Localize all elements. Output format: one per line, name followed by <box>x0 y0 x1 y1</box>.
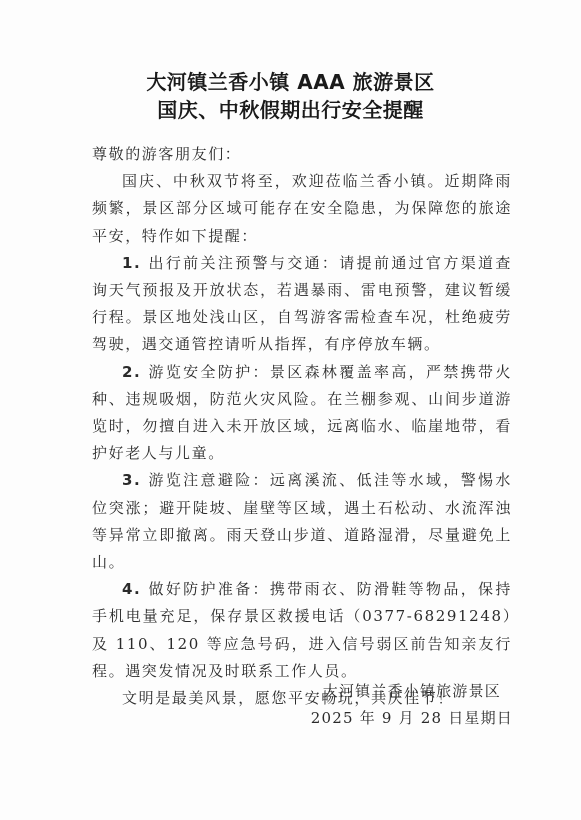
item-number: 3. <box>122 471 141 489</box>
signature-date: 2025 年 9 月 28 日星期日 <box>311 705 513 732</box>
item-text: 做好防护准备：携带雨衣、防滑鞋等物品，保持手机电量充足，保存景区救援电话（037… <box>92 580 512 680</box>
intro-paragraph: 国庆、中秋双节将至，欢迎莅临兰香小镇。近期降雨频繁，景区部分区域可能存在安全隐患… <box>92 168 512 250</box>
item-4: 4. 做好防护准备：携带雨衣、防滑鞋等物品，保持手机电量充足，保存景区救援电话（… <box>92 576 512 685</box>
item-number: 4. <box>122 580 141 598</box>
item-number: 1. <box>122 254 141 272</box>
item-text: 游览安全防护：景区森林覆盖率高，严禁携带火种、违规吸烟，防范火灾风险。在兰棚参观… <box>92 363 512 463</box>
notice-body: 尊敬的游客朋友们： 国庆、中秋双节将至，欢迎莅临兰香小镇。近期降雨频繁，景区部分… <box>92 141 512 712</box>
item-text: 游览注意避险：远离溪流、低洼等水域，警惕水位突涨；避开陡坡、崖壁等区域，遇土石松… <box>92 471 512 571</box>
item-2: 2. 游览安全防护：景区森林覆盖率高，严禁携带火种、违规吸烟，防范火灾风险。在兰… <box>92 359 512 468</box>
title-line-1: 大河镇兰香小镇 AAA 旅游景区 <box>0 66 581 95</box>
signature-block: 大河镇兰香小镇旅游景区 2025 年 9 月 28 日星期日 <box>311 678 513 732</box>
item-number: 2. <box>122 363 141 381</box>
item-1: 1. 出行前关注预警与交通：请提前通过官方渠道查询天气预报及开放状态，若遇暴雨、… <box>92 250 512 359</box>
item-text: 出行前关注预警与交通：请提前通过官方渠道查询天气预报及开放状态，若遇暴雨、雷电预… <box>92 254 512 354</box>
greeting: 尊敬的游客朋友们： <box>92 141 512 168</box>
notice-page: 大河镇兰香小镇 AAA 旅游景区 国庆、中秋假期出行安全提醒 尊敬的游客朋友们：… <box>0 0 581 820</box>
signature-org: 大河镇兰香小镇旅游景区 <box>311 678 513 705</box>
item-3: 3. 游览注意避险：远离溪流、低洼等水域，警惕水位突涨；避开陡坡、崖壁等区域，遇… <box>92 467 512 576</box>
title-line-2: 国庆、中秋假期出行安全提醒 <box>0 94 581 123</box>
